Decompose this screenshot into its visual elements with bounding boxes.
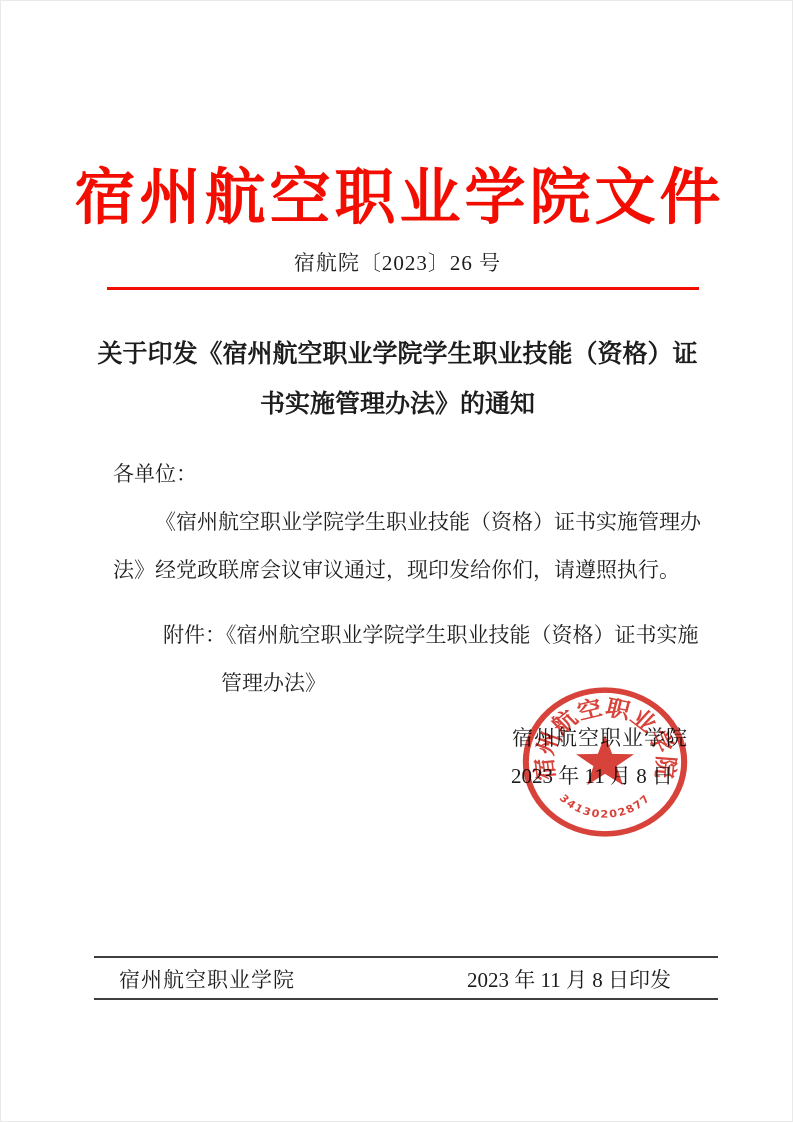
seal-star-icon [576, 735, 634, 785]
footer-issuer: 宿州航空职业学院 [119, 964, 295, 994]
document-page: 宿州航空职业学院文件 宿航院〔2023〕26 号 关于印发《宿州航空职业学院学生… [0, 0, 793, 1122]
notice-body: 各单位： 《宿州航空职业学院学生职业技能（资格）证书实施管理办 法》经党政联席会… [113, 450, 701, 594]
footer-print-date: 2023 年 11 月 8 日印发 [467, 964, 671, 994]
body-paragraph-line2: 法》经党政联席会议审议通过，现印发给你们，请遵照执行。 [113, 546, 701, 594]
notice-title-line1: 关于印发《宿州航空职业学院学生职业技能（资格）证 [1, 330, 793, 380]
footer-rule-top [94, 956, 718, 958]
footer-rule-bottom [94, 998, 718, 1000]
body-paragraph-line1: 《宿州航空职业学院学生职业技能（资格）证书实施管理办 [113, 498, 701, 546]
red-separator-line [107, 287, 699, 290]
official-seal: 宿州航空职业学院 3413020287761 [518, 683, 692, 841]
attachment-line1: 附件：《宿州航空职业学院学生职业技能（资格）证书实施 [163, 611, 723, 659]
doc-number: 宿航院〔2023〕26 号 [1, 247, 793, 277]
salutation: 各单位： [113, 450, 701, 498]
document-header-title: 宿州航空职业学院文件 [1, 149, 793, 236]
notice-title-line2: 书实施管理办法》的通知 [1, 380, 793, 430]
notice-title: 关于印发《宿州航空职业学院学生职业技能（资格）证 书实施管理办法》的通知 [1, 330, 793, 430]
